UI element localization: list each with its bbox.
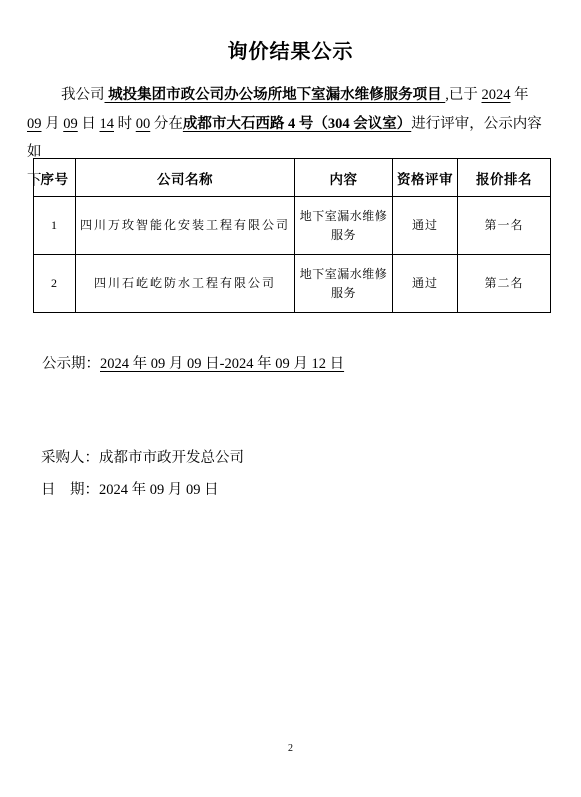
cell-company: 四川石屹屹防水工程有限公司 — [76, 255, 295, 313]
intro-line-1: 我公司 城投集团市政公司办公场所地下室漏水维修服务项目 ,已于 2024 年 — [27, 81, 552, 110]
day-unit: 日 — [78, 116, 100, 132]
review-minute: 00 — [136, 116, 151, 132]
review-location: 成都市大石西路 4 号（304 会议室） — [183, 116, 411, 132]
publicity-period-line: 公示期：2024 年 09 月 09 日-2024 年 09 月 12 日 — [42, 352, 344, 373]
header-seq: 序号 — [34, 159, 76, 197]
header-rank: 报价排名 — [458, 159, 551, 197]
intro-mid: ,已于 — [445, 87, 481, 103]
header-company: 公司名称 — [76, 159, 295, 197]
period-value: 2024 年 09 月 09 日-2024 年 09 月 12 日 — [100, 356, 344, 372]
cell-rank: 第二名 — [458, 255, 551, 313]
signature-date-line: 日 期：2024 年 09 月 09 日 — [41, 478, 219, 499]
cell-content: 地下室漏水维修服务 — [295, 255, 393, 313]
year-unit: 年 — [511, 87, 529, 103]
review-month: 09 — [27, 116, 42, 132]
date-label: 日 期： — [41, 482, 99, 498]
document-title: 询价结果公示 — [0, 35, 581, 64]
cell-content: 地下室漏水维修服务 — [295, 197, 393, 255]
intro-prefix: 我公司 — [61, 87, 105, 103]
hour-unit: 时 — [114, 116, 136, 132]
announcement-document-page: 询价结果公示 我公司 城投集团市政公司办公场所地下室漏水维修服务项目 ,已于 2… — [0, 0, 581, 797]
cell-qualification: 通过 — [393, 197, 458, 255]
cell-rank: 第一名 — [458, 197, 551, 255]
table-row: 1 四川万玫智能化安装工程有限公司 地下室漏水维修服务 通过 第一名 — [34, 197, 551, 255]
cell-company: 四川万玫智能化安装工程有限公司 — [76, 197, 295, 255]
purchaser-label: 采购人： — [41, 450, 99, 466]
review-year: 2024 — [482, 87, 511, 103]
header-content: 内容 — [295, 159, 393, 197]
minute-unit: 分在 — [150, 116, 183, 132]
table-header-row: 序号 公司名称 内容 资格评审 报价排名 — [34, 159, 551, 197]
review-hour: 14 — [100, 116, 115, 132]
header-qualification: 资格评审 — [393, 159, 458, 197]
inquiry-result-table: 序号 公司名称 内容 资格评审 报价排名 1 四川万玫智能化安装工程有限公司 地… — [33, 158, 551, 313]
month-unit: 月 — [42, 116, 64, 132]
project-name: 城投集团市政公司办公场所地下室漏水维修服务项目 — [105, 87, 446, 103]
cell-seq: 1 — [34, 197, 76, 255]
review-day: 09 — [63, 116, 78, 132]
cell-qualification: 通过 — [393, 255, 458, 313]
cell-seq: 2 — [34, 255, 76, 313]
period-label: 公示期： — [42, 356, 100, 372]
purchaser-line: 采购人：成都市市政开发总公司 — [41, 446, 244, 467]
page-number: 2 — [0, 743, 581, 754]
purchaser-value: 成都市市政开发总公司 — [99, 450, 244, 466]
date-value: 2024 年 09 月 09 日 — [99, 482, 219, 498]
table-row: 2 四川石屹屹防水工程有限公司 地下室漏水维修服务 通过 第二名 — [34, 255, 551, 313]
